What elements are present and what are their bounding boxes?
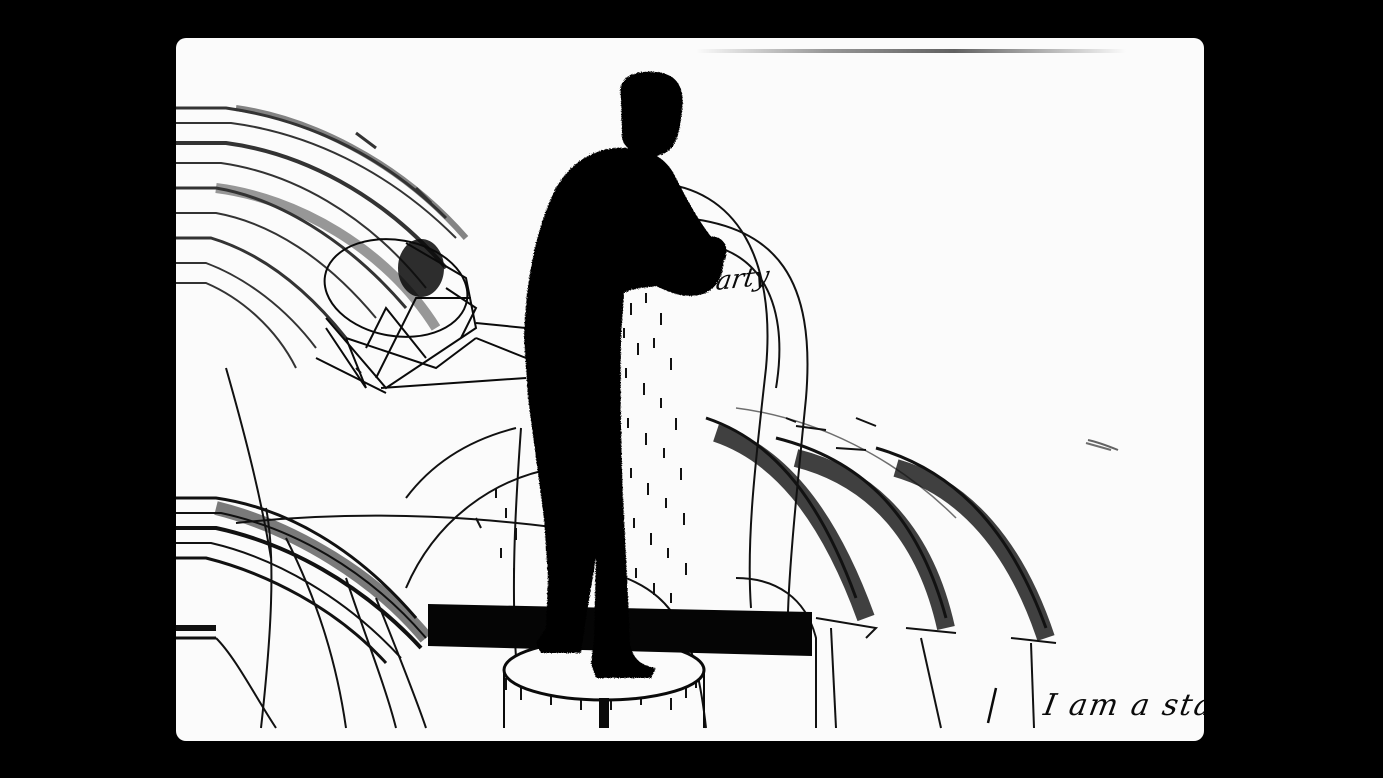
hatched-arcs-right [706,408,1111,728]
animation-frame: arty I am a statu [176,38,1204,741]
video-frame: arty I am a statu [0,0,1383,778]
handwritten-caption: I am a statu [1041,688,1204,723]
hatched-arc-upper-left [176,108,466,368]
hatched-arc-lower-left [176,368,516,728]
caption-strokes [988,688,996,723]
handwritten-scrawl: arty [714,261,772,297]
charcoal-drawing [176,38,1204,741]
